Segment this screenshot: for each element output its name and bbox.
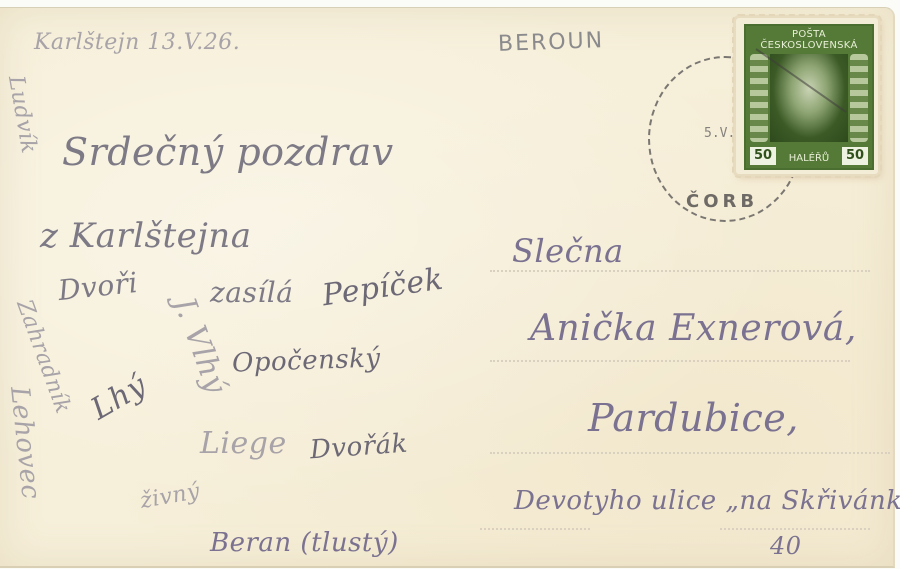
greeting-line-1: Srdečný pozdrav	[62, 130, 394, 174]
handwritten-date: Karlštejn 13.V.26.	[34, 30, 240, 55]
city-note: BEROUN	[498, 28, 605, 57]
stamp-header: POŠTA ČESKOSLOVENSKÁ	[746, 29, 872, 51]
signature-zivny: živný	[138, 479, 202, 514]
signature-beran: Beran (tlustý)	[210, 528, 399, 558]
address-line-3	[490, 452, 890, 454]
stamp-value-right: 50	[842, 147, 868, 165]
address-line-4a	[480, 528, 590, 530]
postage-stamp: POŠTA ČESKOSLOVENSKÁ 50 HALÉŘŮ 50	[736, 18, 878, 174]
laurel-left-icon	[750, 54, 768, 142]
address-street: Devotyho ulice „na Skřivánku“	[514, 486, 900, 516]
greeting-line-3: zasílá	[210, 276, 293, 309]
signature-vertical-2: Lehovec	[4, 385, 46, 501]
signature-opocensky: Opočenský	[232, 343, 382, 378]
signature-liege: Liege	[200, 426, 287, 461]
stamp-face: POŠTA ČESKOSLOVENSKÁ 50 HALÉŘŮ 50	[744, 24, 874, 170]
signature-scribble-1: Lhý	[85, 368, 152, 427]
postmark-text: ČORB	[686, 191, 758, 212]
address-line-4b	[720, 528, 870, 530]
address-number: 40	[770, 532, 802, 560]
address-line-1	[490, 270, 870, 272]
address-city: Pardubice,	[588, 396, 799, 440]
address-line-2	[490, 360, 850, 362]
address-title: Slečna	[512, 232, 624, 270]
laurel-right-icon	[850, 54, 868, 142]
signature-pepicek: Pepíček	[320, 262, 445, 314]
stamp-header-line-1: POŠTA	[746, 29, 872, 40]
stamp-header-line-2: ČESKOSLOVENSKÁ	[746, 40, 872, 51]
signature-dvorak: Dvořák	[309, 429, 409, 466]
greeting-line-2: z Karlštejna	[40, 216, 251, 256]
signature-dvori: Dvoři	[56, 266, 139, 307]
address-recipient: Anička Exnerová,	[530, 308, 857, 349]
postcard: Karlštejn 13.V.26. Srdečný pozdrav z Kar…	[0, 7, 895, 568]
signature-vertical-1: Ludvík	[3, 74, 41, 156]
